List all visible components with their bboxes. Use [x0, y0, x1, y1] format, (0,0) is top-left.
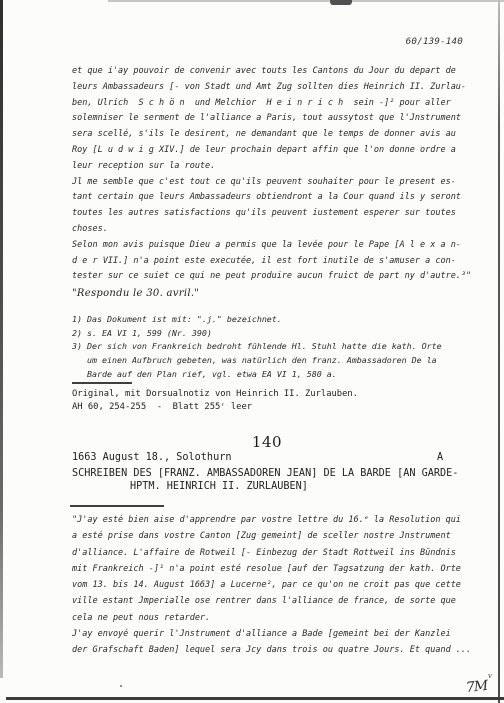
footnotes: 1) Das Dokument ist mit: ".j." bezeichne…	[72, 313, 442, 382]
handwritten-initials: 7M	[465, 678, 488, 696]
respondu-note: "Respondu le 30. avril."	[72, 288, 199, 299]
scanned-document-page: 60/139-140 et que i'ay pouvoir de conven…	[0, 0, 504, 703]
heading-separator-rule	[70, 505, 164, 507]
scan-artifact-blob	[330, 0, 352, 5]
scan-edge-top	[108, 0, 504, 2]
footnote-separator-rule	[72, 382, 132, 384]
letter-body-doc140: "J'ay esté bien aise d'apprendre par vos…	[72, 512, 471, 658]
provenance-note: Original, mit Dorsualnotiz von Heinrich …	[72, 388, 358, 414]
date-place-line: 1663 August 18., Solothurn	[72, 452, 231, 463]
scan-edge-bottom	[6, 697, 504, 700]
handwritten-checkmark: v	[487, 672, 492, 680]
letter-body-continuation: et que i'ay pouvoir de convenir avec tou…	[72, 64, 471, 285]
scan-edge-left	[0, 0, 3, 678]
document-number: 140	[72, 433, 462, 451]
document-title-line1: SCHREIBEN DES [FRANZ. AMBASSADOREN JEAN]…	[72, 468, 458, 479]
scan-edge-right	[498, 0, 500, 703]
document-letter-label: A	[437, 452, 443, 463]
document-title-line2: HPTM. HEINRICH II. ZURLAUBEN]	[130, 481, 308, 492]
page-reference-number: 60/139-140	[406, 36, 463, 47]
scan-speck	[120, 685, 122, 687]
